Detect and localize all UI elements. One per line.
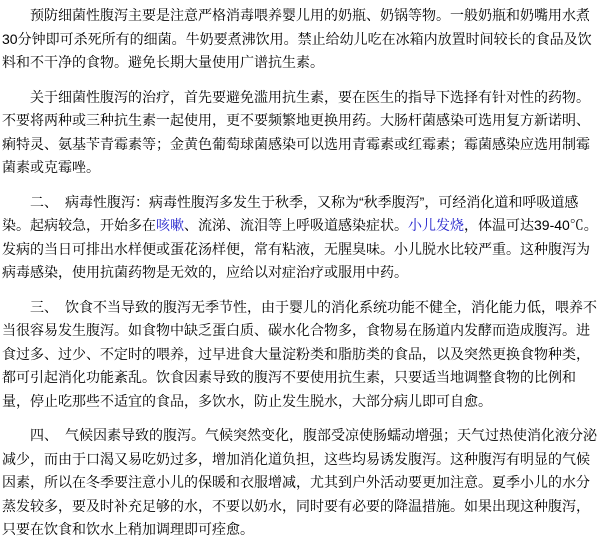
- text-run: 关于细菌性腹泻的治疗，首先要避免滥用抗生素，要在医生的指导下选择有针对性的药物。…: [2, 89, 590, 176]
- para-climate-induced-diarrhea: 四、 气候因素导致的腹泻。气候突然变化，腹部受凉使肠蠕动增强；天气过热使消化液分…: [2, 424, 600, 542]
- article-body: 预防细菌性腹泻主要是注意严格消毒喂养婴儿用的奶瓶、奶锅等物。一般奶瓶和奶嘴用水煮…: [0, 0, 602, 542]
- cough-link[interactable]: 咳嗽: [156, 217, 184, 233]
- para-prevention-bacterial-diarrhea: 预防细菌性腹泻主要是注意严格消毒喂养婴儿用的奶瓶、奶锅等物。一般奶瓶和奶嘴用水煮…: [2, 4, 600, 75]
- text-run: 预防细菌性腹泻主要是注意严格消毒喂养婴儿用的奶瓶、奶锅等物。一般奶瓶和奶嘴用水煮…: [2, 7, 592, 70]
- para-diet-induced-diarrhea: 三、 饮食不当导致的腹泻无季节性，由于婴儿的消化系统功能不健全，消化能力低，喂养…: [2, 296, 600, 414]
- child-fever-link[interactable]: 小儿发烧: [408, 217, 464, 233]
- para-treatment-bacterial-diarrhea: 关于细菌性腹泻的治疗，首先要避免滥用抗生素，要在医生的指导下选择有针对性的药物。…: [2, 86, 600, 180]
- text-run: 、流涕、流泪等上呼吸道感染症状。: [184, 217, 408, 233]
- text-run: 三、 饮食不当导致的腹泻无季节性，由于婴儿的消化系统功能不健全，消化能力低，喂养…: [2, 299, 597, 409]
- text-run: 四、 气候因素导致的腹泻。气候突然变化，腹部受凉使肠蠕动增强；天气过热使消化液分…: [2, 427, 597, 537]
- para-viral-diarrhea: 二、 病毒性腹泻：病毒性腹泻多发生于秋季，又称为“秋季腹泻”，可经消化道和呼吸道…: [2, 191, 600, 285]
- article-page: { "page": { "background_color": "#ffffff…: [0, 0, 602, 547]
